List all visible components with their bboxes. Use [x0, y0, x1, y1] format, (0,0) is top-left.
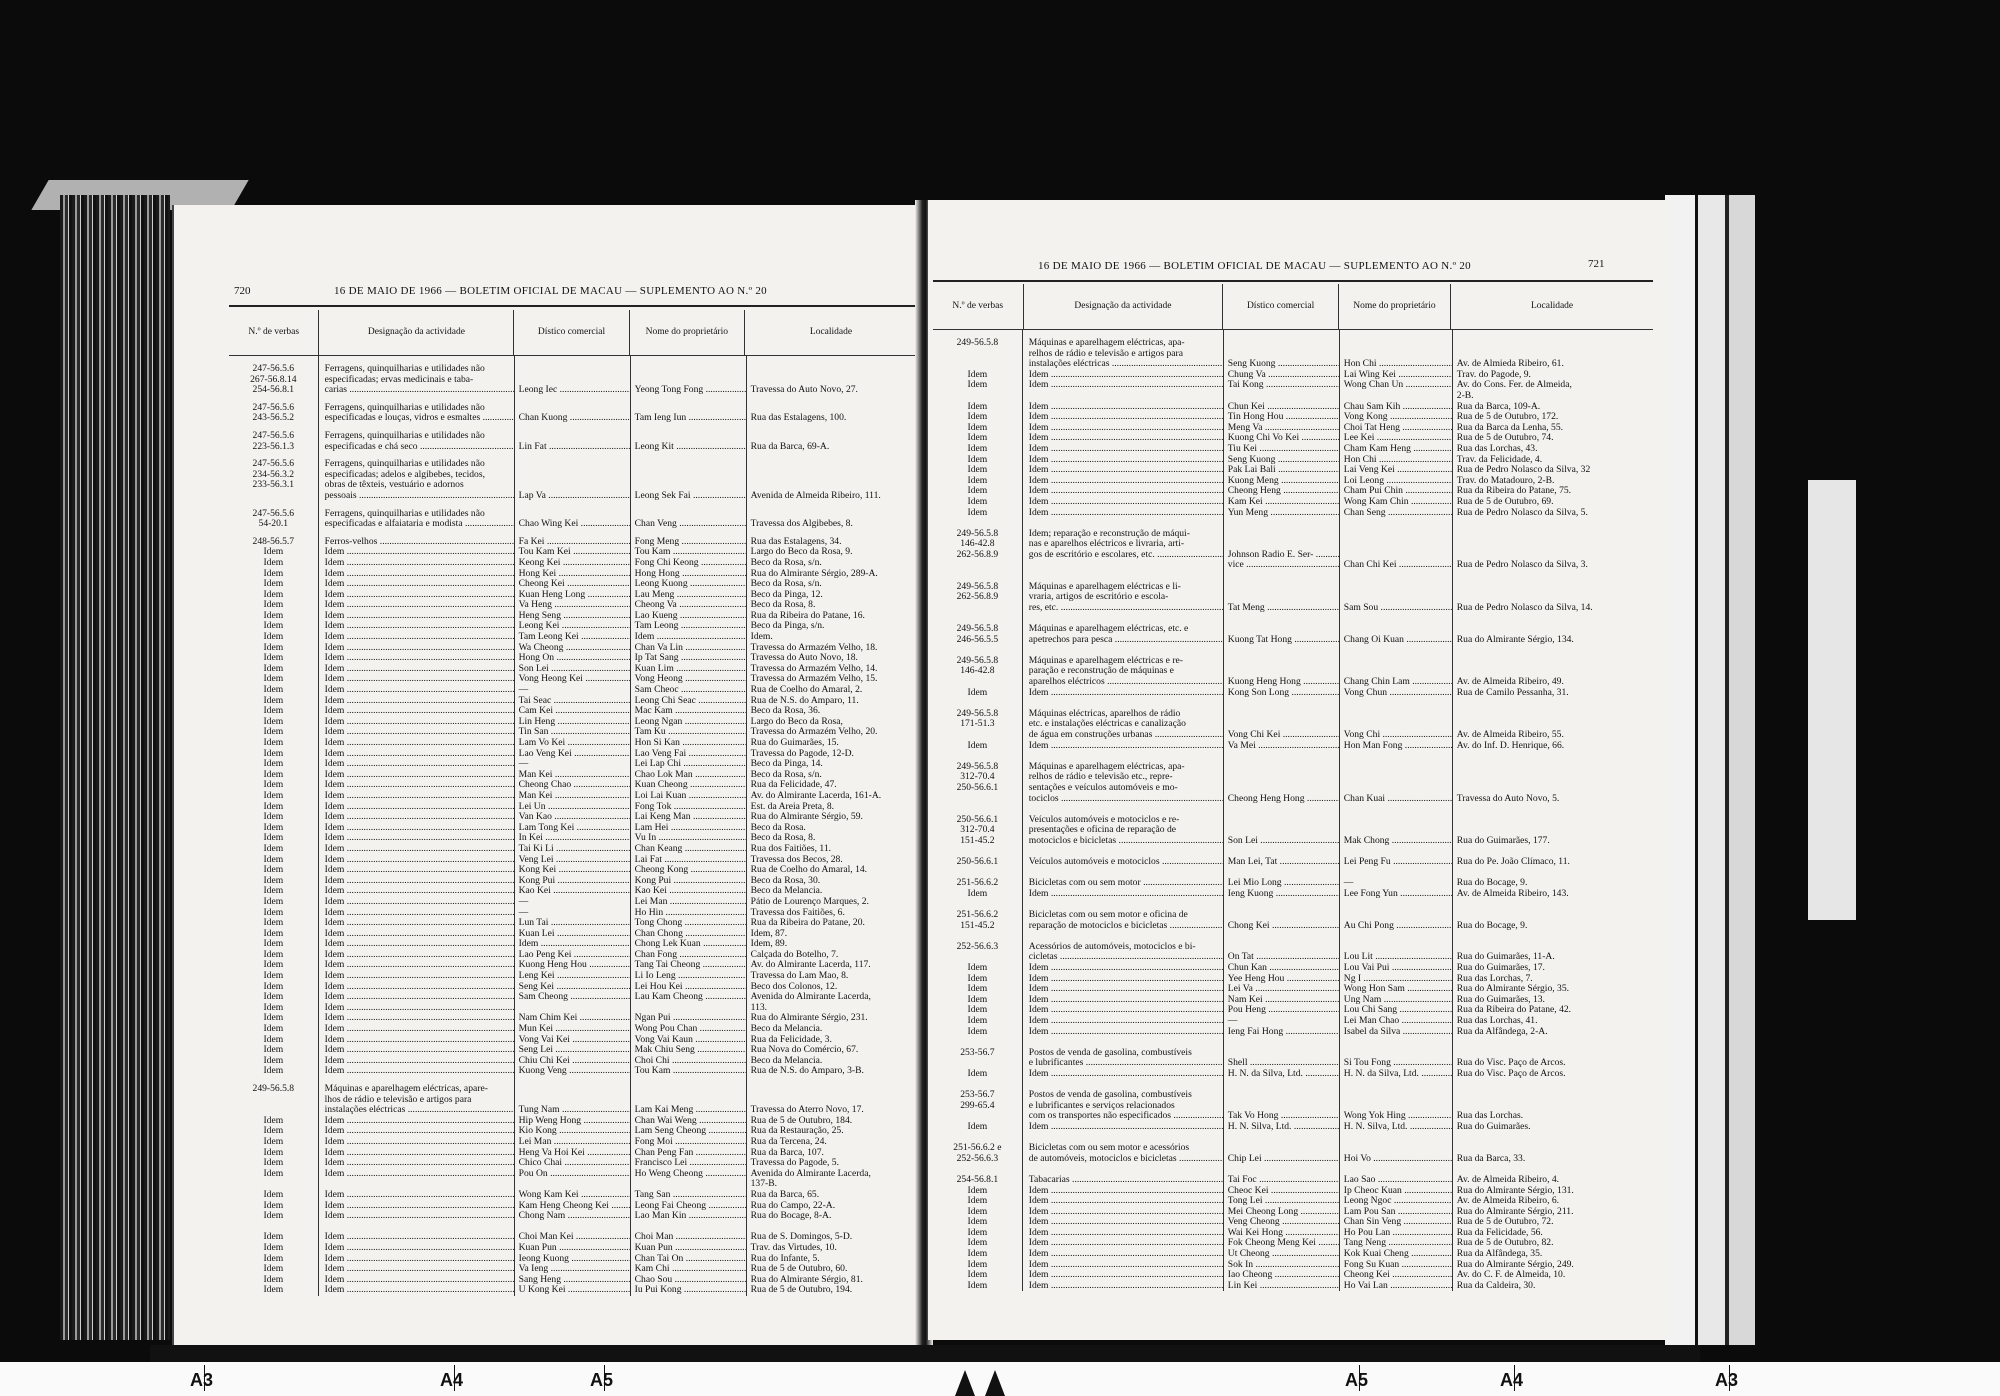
table-cell: 312-70.4 [933, 825, 1022, 836]
table-cell [933, 349, 1022, 360]
table-cell [747, 1222, 917, 1233]
table-cell [1224, 571, 1339, 582]
table-cell: Son Lei [515, 664, 630, 675]
table-cell: Idem. [747, 632, 917, 643]
table-cell: Leong Kit [631, 442, 746, 453]
table-cell [1453, 338, 1653, 349]
table-cell: Lao Kueng [631, 611, 746, 622]
table-cell: Heng Seng [515, 611, 630, 622]
table-cell: Ferragens, quinquilharias e utilidades n… [319, 459, 514, 470]
table-cell [1340, 1090, 1452, 1101]
table-cell [515, 470, 630, 481]
table-cell [933, 613, 1022, 624]
table-cell [1453, 645, 1653, 656]
table-cell [515, 1084, 630, 1095]
table-cell: Va Heng [515, 600, 630, 611]
table-cell: Idem [933, 984, 1022, 995]
table-cell: Leong Fai Cheong [631, 1201, 746, 1212]
table-cell: Av. de Almeida Ribeiro, 6. [1453, 1196, 1653, 1207]
table-cell: 234-56.3.2 [229, 470, 318, 481]
table-cell [1453, 942, 1653, 953]
table-cell: 249-56.5.8 [933, 709, 1022, 720]
table-cell [1224, 666, 1339, 677]
table-cell [1453, 783, 1653, 794]
table-cell: Fong Su Kuan [1340, 1260, 1452, 1271]
table-cell: Fong Moi [631, 1137, 746, 1148]
table-cell: Av. de Almeida Ribeiro, 55. [1453, 730, 1653, 741]
table-cell: Ieng Fai Hong [1224, 1027, 1339, 1038]
table-cell: Idem [1023, 380, 1223, 391]
microfilm-tick [604, 1365, 605, 1391]
table-cell: Lou Lit [1340, 952, 1452, 963]
table-cell: Va Ieng [515, 1264, 630, 1275]
table-cell [1023, 751, 1223, 762]
table-cell [1224, 582, 1339, 593]
table-cell [631, 403, 746, 414]
table-cell: Idem [319, 738, 514, 749]
table-cell: Idem [1023, 1027, 1223, 1038]
table-cell: Kuan Lim [631, 664, 746, 675]
table-cell: Idem [933, 995, 1022, 1006]
table-cell: 250-56.6.1 [933, 815, 1022, 826]
table-cell: Ho Pou Lan [1340, 1228, 1452, 1239]
table-cell: Lam Seng Cheong [631, 1126, 746, 1137]
table-cell [1340, 656, 1452, 667]
table-cell: Sam Cheoc [631, 685, 746, 696]
table-cell: 171-51.3 [933, 719, 1022, 730]
table-cell: Pou On [515, 1169, 630, 1180]
table-cell: Acessórios de automóveis, motociclos e b… [1023, 942, 1223, 953]
table-cell: Idem [933, 444, 1022, 455]
table-cell: Idem [319, 579, 514, 590]
table-cell [1453, 868, 1653, 879]
table-cell [1340, 518, 1452, 529]
center-arrow-mark [955, 1370, 975, 1396]
table-cell: Idem [229, 590, 318, 601]
table-cell: 249-56.5.8 [933, 762, 1022, 773]
table-cell: Meng Va [1224, 423, 1339, 434]
table-cell [1023, 931, 1223, 942]
table-cell: Idem [229, 685, 318, 696]
table-cell: Lau Kam Cheong [631, 992, 746, 1003]
table-cell: Veng Cheong [1224, 1217, 1339, 1228]
table-cell [1453, 539, 1653, 550]
header-designacao: Designação da actividade [319, 310, 514, 355]
table-cell [631, 431, 746, 442]
table-cell [1340, 529, 1452, 540]
table-cell: 249-56.5.8 [933, 656, 1022, 667]
table-cell: Lai Fat [631, 855, 746, 866]
registry-table-right: N.º de verbas Designação da actividade D… [933, 284, 1653, 1291]
table-cell: Travessa do Lam Mao, 8. [747, 971, 917, 982]
table-cell: vraria, artigos de escritório e escola- [1023, 592, 1223, 603]
table-cell: e lubrificantes e serviços relacionados [1023, 1101, 1223, 1112]
table-cell: Idem [1023, 444, 1223, 455]
table-cell [1340, 899, 1452, 910]
table-cell [1453, 592, 1653, 603]
table-cell [1224, 910, 1339, 921]
table-cell [1340, 550, 1452, 561]
table-cell [1023, 868, 1223, 879]
table-cell [933, 804, 1022, 815]
table-cell: Travessa dos Becos, 28. [747, 855, 917, 866]
table-cell: apetrechos para pesca [1023, 635, 1223, 646]
table-cell: Av. do Almirante Lacerda, 161-A. [747, 791, 917, 802]
table-cell: 262-56.8.9 [933, 550, 1022, 561]
table-cell: 54-20.1 [229, 519, 318, 530]
table-cell: Máquinas e aparelhagem eléctricas e re- [1023, 656, 1223, 667]
table-cell: Bicicletas com ou sem motor e oficina de [1023, 910, 1223, 921]
table-cell: Leong Chi Seac [631, 696, 746, 707]
table-cell: obras de têxteis, vestuário e adornos [319, 480, 514, 491]
table-cell: 146-42.8 [933, 539, 1022, 550]
table-cell: Travessa do Aterro Novo, 17. [747, 1105, 917, 1116]
header-nome: Nome do proprietário [630, 310, 745, 355]
table-cell [1453, 349, 1653, 360]
table-cell: Idem [319, 611, 514, 622]
table-cell [1224, 709, 1339, 720]
table-cell: Idem [933, 370, 1022, 381]
table-cell: Rua do Almirante Sérgio, 35. [1453, 984, 1653, 995]
table-cell: especificadas; ervas medicinais e taba- [319, 375, 514, 386]
table-cell [631, 1222, 746, 1233]
table-cell: Idem [1023, 984, 1223, 995]
table-cell: Chico Chai [515, 1158, 630, 1169]
table-cell: Son Lei [1224, 836, 1339, 847]
table-cell [1224, 698, 1339, 709]
table-cell: Idem [229, 1254, 318, 1265]
table-cell [933, 677, 1022, 688]
table-cell: Idem [229, 982, 318, 993]
table-cell: Idem [229, 1169, 318, 1180]
table-cell: 254-56.8.1 [933, 1175, 1022, 1186]
table-cell: Chan Kuong [515, 413, 630, 424]
table-cell: Rua da Felicidade, 47. [747, 780, 917, 791]
table-cell: especificadas e alfaiataria e modista [319, 519, 514, 530]
table-cell [1453, 698, 1653, 709]
table-cell: Au Chi Pong [1340, 921, 1452, 932]
page-number: 720 [234, 285, 251, 297]
table-cell: Idem [229, 897, 318, 908]
table-cell: Lap Va [515, 491, 630, 502]
table-cell: Idem [229, 632, 318, 643]
table-cell [1453, 719, 1653, 730]
table-cell: Idem [319, 706, 514, 717]
table-cell [515, 1179, 630, 1190]
microfilm-tick [204, 1365, 205, 1391]
table-cell: Hon Chi [1340, 455, 1452, 466]
table-cell: Av. do Almirante Lacerda, 117. [747, 960, 917, 971]
table-cell: Kong Pui [631, 876, 746, 887]
table-cell: Rua de 5 de Outubro, 172. [1453, 412, 1653, 423]
table-cell [747, 509, 917, 520]
table-cell: Kong Kei [515, 865, 630, 876]
table-cell: Idem [1023, 1207, 1223, 1218]
table-cell: Rua do Guimarães, 17. [1453, 963, 1653, 974]
table-cell: Rua de 5 de Outubro, 184. [747, 1116, 917, 1127]
table-cell: Rua da Felicidade, 56. [1453, 1228, 1653, 1239]
right-page: 16 DE MAIO DE 1966 — BOLETIM OFICIAL DE … [928, 200, 1668, 1340]
table-cell [1453, 1143, 1653, 1154]
table-cell: Rua do Visc. Paço de Arcos. [1453, 1058, 1653, 1069]
table-cell: Leng Kei [515, 971, 630, 982]
table-cell: Idem [319, 1232, 514, 1243]
table-cell [1224, 783, 1339, 794]
table-cell [1453, 751, 1653, 762]
table-cell: Seng Kei [515, 982, 630, 993]
table-cell: Rua do Guimarães, 15. [747, 738, 917, 749]
table-cell: Idem [229, 579, 318, 590]
table-cell: Trav. da Felicidade, 4. [1453, 455, 1653, 466]
table-cell: Idem [229, 643, 318, 654]
table-cell: Idem [229, 960, 318, 971]
book-page-edges-right [1665, 195, 1755, 1345]
table-cell: Idem [319, 950, 514, 961]
table-cell: Seng Lei [515, 1045, 630, 1056]
table-cell: Idem [319, 1035, 514, 1046]
table-cell [229, 1105, 318, 1116]
table-cell [1340, 1143, 1452, 1154]
table-cell [1023, 1037, 1223, 1048]
table-cell: Bicicletas com ou sem motor [1023, 878, 1223, 889]
table-cell: Chang Oi Kuan [1340, 635, 1452, 646]
column-distico: Leong Iec Chan Kuong Lin Fat Lap Va Chao… [515, 356, 631, 1296]
table-cell [1224, 624, 1339, 635]
table-cell [1340, 613, 1452, 624]
table-cell [1023, 518, 1223, 529]
table-cell: Idem [933, 1260, 1022, 1271]
table-cell: Loi Leong [1340, 476, 1452, 487]
table-cell: Kong Pui [515, 876, 630, 887]
table-cell [1023, 804, 1223, 815]
table-cell: Mac Kam [631, 706, 746, 717]
table-cell: Lam Vo Kei [515, 738, 630, 749]
table-cell: Idem [319, 1066, 514, 1077]
table-cell: Idem [319, 1158, 514, 1169]
table-cell: Idem [319, 939, 514, 950]
table-cell: Idem [1023, 1260, 1223, 1271]
table-cell [1023, 1080, 1223, 1091]
table-cell [933, 1037, 1022, 1048]
table-cell: Chung Va [1224, 370, 1339, 381]
table-cell: Rua de S. Domingos, 5-D. [747, 1232, 917, 1243]
table-cell [1453, 910, 1653, 921]
table-cell: Rua da Ribeira do Patane, 75. [1453, 486, 1653, 497]
header-nome: Nome do proprietário [1339, 284, 1451, 329]
table-cell: 2-B. [1453, 391, 1653, 402]
table-cell: Idem [229, 950, 318, 961]
table-cell [933, 603, 1022, 614]
table-cell [1224, 772, 1339, 783]
table-cell: Lun Tai [515, 918, 630, 929]
table-cell: Idem [319, 770, 514, 781]
table-cell: Leong Ngoc [1340, 1196, 1452, 1207]
table-cell: 146-42.8 [933, 666, 1022, 677]
table-cell: Idem [229, 1045, 318, 1056]
table-cell [1340, 582, 1452, 593]
table-cell: Máquinas e aparelhagem eléctricas, apare… [319, 1084, 514, 1095]
table-cell: Idem [319, 632, 514, 643]
table-cell: Idem [319, 823, 514, 834]
table-cell: Idem [319, 664, 514, 675]
table-cell [1453, 1164, 1653, 1175]
table-cell [1224, 942, 1339, 953]
table-cell [1023, 1133, 1223, 1144]
table-cell: relhos de rádio e televisão etc., repre- [1023, 772, 1223, 783]
table-cell [631, 375, 746, 386]
table-cell: Sam Cheong [515, 992, 630, 1003]
table-cell [1224, 751, 1339, 762]
table-cell: Travessa do Auto Novo, 5. [1453, 794, 1653, 805]
table-cell: Wong Chan Un [1340, 380, 1452, 391]
table-cell: Rua das Estalagens, 34. [747, 537, 917, 548]
table-cell: Idem [1023, 1069, 1223, 1080]
table-cell: 252-56.6.3 [933, 942, 1022, 953]
table-cell: Idem [933, 1005, 1022, 1016]
table-cell: Isabel da Silva [1340, 1027, 1452, 1038]
table-cell: Kuong Meng [1224, 476, 1339, 487]
table-cell: Chan Seng [1340, 508, 1452, 519]
table-body: 249-56.5.8 IdemIdem IdemIdemIdemIdemIdem… [933, 330, 1653, 1291]
table-cell: Rua dos Faitiões, 11. [747, 844, 917, 855]
table-cell: Idem [1023, 412, 1223, 423]
table-cell: Chong Nam [515, 1211, 630, 1222]
table-cell: Idem [229, 844, 318, 855]
table-cell: Idem [319, 558, 514, 569]
table-cell: Idem [933, 974, 1022, 985]
table-cell: Idem [1023, 1281, 1223, 1292]
table-cell: Idem [229, 812, 318, 823]
table-cell: Travessa do Armazém Velho, 15. [747, 674, 917, 685]
table-cell: Idem [1023, 486, 1223, 497]
table-cell: instalações eléctricas [319, 1105, 514, 1116]
table-cell: Chiu Chi Kei [515, 1056, 630, 1067]
table-cell: Idem [933, 1186, 1022, 1197]
table-cell: Idem [1023, 741, 1223, 752]
table-cell: Kuong Chi Vo Kei [1224, 433, 1339, 444]
table-cell: Idem [933, 412, 1022, 423]
table-cell: Vu In [631, 833, 746, 844]
table-cell: Man Lei, Tat [1224, 857, 1339, 868]
table-cell: Idem [229, 1275, 318, 1286]
table-cell: Lai Wing Kei [1340, 370, 1452, 381]
table-cell [1224, 391, 1339, 402]
table-cell: Leong Kuong [631, 579, 746, 590]
table-cell: Nam Kei [1224, 995, 1339, 1006]
table-cell: Si Tou Fong [1340, 1058, 1452, 1069]
table-cell: Idem [229, 908, 318, 919]
table-cell: Idem [1023, 465, 1223, 476]
table-cell: Tang Tai Cheong [631, 960, 746, 971]
table-cell: Chan Va Lin [631, 643, 746, 654]
table-cell: Idem; reparação e reconstrução de máqui- [1023, 529, 1223, 540]
table-cell [1453, 529, 1653, 540]
table-cell [1453, 847, 1653, 858]
table-cell [631, 509, 746, 520]
table-cell: Kuan Cheong [631, 780, 746, 791]
table-cell [1453, 772, 1653, 783]
table-cell: H. N. da Silva, Ltd. [1340, 1069, 1452, 1080]
table-cell: Beco da Rosa. [747, 823, 917, 834]
table-cell: Beco da Pinga, 14. [747, 759, 917, 770]
table-cell: Fong Meng [631, 537, 746, 548]
table-cell: Leong Sek Fai [631, 491, 746, 502]
table-cell: Idem [933, 455, 1022, 466]
table-cell [1453, 825, 1653, 836]
table-cell: Idem [229, 600, 318, 611]
header-rule [229, 305, 917, 307]
table-cell: Idem [933, 1228, 1022, 1239]
table-cell [1224, 868, 1339, 879]
table-cell: Rua da Restauração, 25. [747, 1126, 917, 1137]
table-cell [1453, 1080, 1653, 1091]
table-cell: Lao Sao [1340, 1175, 1452, 1186]
table-cell: Idem [319, 749, 514, 760]
table-cell: Ngan Pui [631, 1013, 746, 1024]
table-cell: 243-56.5.2 [229, 413, 318, 424]
table-cell: Rua de Camilo Pessanha, 31. [1453, 688, 1653, 699]
table-cell [1453, 1037, 1653, 1048]
table-cell: Rua da Barca, 33. [1453, 1154, 1653, 1165]
table-cell [933, 868, 1022, 879]
table-cell: Idem [319, 590, 514, 601]
table-cell: Chip Lei [1224, 1154, 1339, 1165]
table-cell: Tai Foc [1224, 1175, 1339, 1186]
table-cell [747, 375, 917, 386]
table-cell: Cheong Heng [1224, 486, 1339, 497]
table-cell: 253-56.7 [933, 1048, 1022, 1059]
table-cell: Idem [319, 812, 514, 823]
table-cell: Postos de venda de gasolina, combustívei… [1023, 1090, 1223, 1101]
table-cell [1453, 1048, 1653, 1059]
table-cell [1224, 1133, 1339, 1144]
table-cell: Kio Kong [515, 1126, 630, 1137]
table-cell [1224, 899, 1339, 910]
table-cell: Lai Keng Man [631, 812, 746, 823]
table-cell: Hip Weng Hong [515, 1116, 630, 1127]
table-cell [933, 698, 1022, 709]
table-cell: Travessa dos Algibebes, 8. [747, 519, 917, 530]
table-cell: Ferros-velhos [319, 537, 514, 548]
table-cell: Idem [319, 982, 514, 993]
table-cell: Seng Kuong [1224, 359, 1339, 370]
table-cell: Idem [933, 1069, 1022, 1080]
table-cell: res, etc. [1023, 603, 1223, 614]
table-cell: Rua do Bocage, 9. [1453, 878, 1653, 889]
table-cell: Idem [229, 706, 318, 717]
table-cell: Ho Vai Lan [1340, 1281, 1452, 1292]
table-cell: pessoais [319, 491, 514, 502]
table-cell: Beco da Pinga, s/n. [747, 621, 917, 632]
table-cell: Idem [319, 674, 514, 685]
column-designacao: Ferragens, quinquilharias e utilidades n… [319, 356, 515, 1296]
table-cell: Ferragens, quinquilharias e utilidades n… [319, 509, 514, 520]
table-cell: Hon Si Kan [631, 738, 746, 749]
table-cell: Idem [319, 1056, 514, 1067]
table-cell: aparelhos eléctricos [1023, 677, 1223, 688]
table-cell [1023, 391, 1223, 402]
table-cell: Tin San [515, 727, 630, 738]
table-cell [1340, 592, 1452, 603]
table-cell: Idem [933, 423, 1022, 434]
table-cell: Idem [229, 1003, 318, 1014]
table-cell: Idem [933, 889, 1022, 900]
table-cell: Lei Man [631, 897, 746, 908]
table-cell: Trav. do Pagode, 9. [1453, 370, 1653, 381]
table-cell: sentações e veículos automóveis e mo- [1023, 783, 1223, 794]
table-cell [933, 1058, 1022, 1069]
header-localidade: Localidade [745, 310, 917, 355]
